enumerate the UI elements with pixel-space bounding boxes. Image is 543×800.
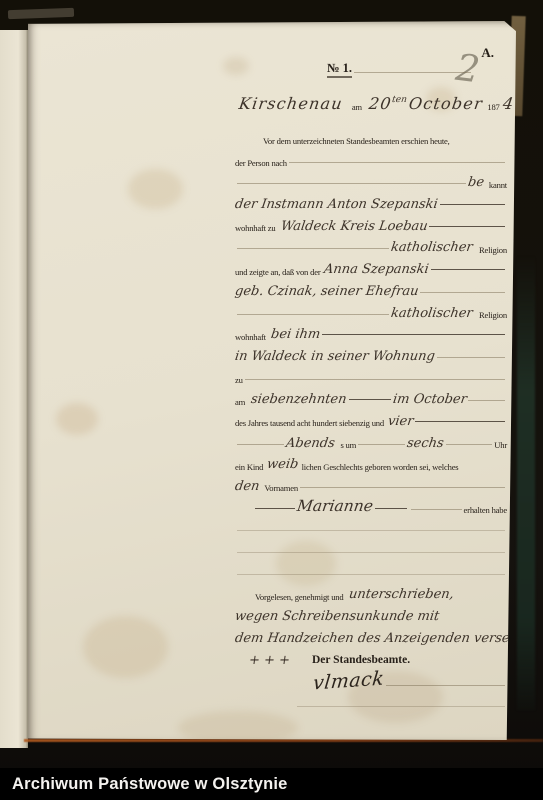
handwritten-text: be [467,176,485,189]
form-line: zu [235,366,507,388]
ink-dash [349,398,391,400]
form-rule-line [411,508,462,510]
book-cover-edge [517,255,535,710]
spacer [473,77,507,78]
form-rule-line [354,71,471,73]
form-rule-line [420,291,505,293]
form-line: wohnhaft zuWaldeck Kreis Loebau [235,214,507,236]
form-rule-line [437,356,505,358]
printed-form-text: Vornamen [264,484,298,493]
ink-dash [255,507,295,509]
archive-name: Archiwum Państwowe w Olsztynie [12,775,288,794]
form-line: wohnhaftbei ihm [235,323,507,345]
printed-form-text: Vor dem unterzeichneten Standesbeamten e… [263,137,450,146]
form-rule-line [297,705,505,707]
printed-form-text: wohnhaft [235,333,266,342]
form-rule-line [358,443,405,445]
ink-dash [431,268,505,270]
form-rule-line [237,573,505,575]
page-stain [128,169,183,209]
form-line: dem Handzeichen des Anzeigenden versehen [235,626,507,648]
form-line [235,561,507,583]
handwritten-text: unterschrieben, [349,588,456,601]
form-rule-line [237,529,505,531]
form-line: Vorgelesen, genehmigt undunterschrieben, [235,583,507,605]
document-page: A. 2 № 1.Kirschenauam20tenOctober1874.Vo… [28,21,516,740]
form-line [235,694,507,716]
handwritten-text: Waldeck Kreis Loebau [280,220,428,233]
spacer [343,111,352,112]
handwritten-text: bei ihm [270,328,321,341]
form-rule-line [237,182,466,184]
handwritten-text: katholischer [390,241,473,254]
form-line: wegen Schreibensunkunde mit [235,604,507,626]
ink-dash [415,420,505,422]
handwritten-text: geb. Czinak, seiner Ehefrau [234,285,419,298]
form-line: Abendss umsechsUhr [235,431,507,453]
handwritten-text: dem Handzeichen des Anzeigenden versehen [234,632,535,645]
printed-form-text: Religion [479,311,507,320]
printed-form-text: kannt [489,181,507,190]
spacer [235,690,313,691]
printed-bold-text: № 1. [327,62,352,79]
form-line: amsiebenzehntenim October [235,388,507,410]
form-rule-line [237,551,505,553]
form-rule-line [237,247,389,249]
spacer [235,514,253,515]
form-rule-line [386,684,505,686]
handwritten-text: der Instmann Anton Szepanski [234,198,438,211]
printed-form-text: s um [340,441,356,450]
form-line: vlmack [235,670,507,694]
handwritten-text: Abends [285,437,336,450]
form-rule-line [245,378,505,380]
page-stain [56,403,98,435]
form-rule-line [289,161,505,163]
handwritten-header-text: Kirschenau [238,96,344,112]
form-line: in Waldeck in seiner Wohnung [235,344,507,366]
printed-form-text: und zeigte an, daß von der [235,268,320,277]
printed-form-text: am [235,398,245,407]
archive-caption-bar: Archiwum Państwowe w Olsztynie [0,768,543,800]
form-line: der Instmann Anton Szepanski [235,192,507,214]
form-content: № 1.Kirschenauam20tenOctober1874.Vor dem… [235,21,507,715]
form-line: katholischerReligion [235,236,507,258]
form-line: Marianneerhalten habe [235,496,507,518]
form-rule-line [237,443,284,445]
page-stain [83,616,168,678]
handwritten-text: Anna Szepanski [324,263,430,276]
ink-dash [375,507,407,509]
printed-form-text: am [352,103,362,112]
handwritten-text: vier [387,415,414,428]
spacer [290,666,312,667]
printed-form-text: zu [235,376,243,385]
book-edge [8,8,74,19]
printed-form-text: Vorgelesen, genehmigt und [255,593,343,602]
spacer [235,711,295,712]
handwritten-text: weib [266,458,299,471]
form-line: + + +Der Standesbeamte. [235,648,507,670]
form-line: № 1. [235,55,507,81]
form-line [235,518,507,540]
printed-form-text: 187 [487,103,499,112]
form-line: ein Kindweiblichen Geschlechts geboren w… [235,453,507,475]
spacer [235,77,327,78]
form-rule-line [300,486,505,488]
handwritten-text: sechs [406,437,445,450]
handwritten-text: im October [392,393,468,406]
form-rule-line [468,399,505,401]
handwritten-text: + + + [248,654,291,667]
form-line [235,539,507,561]
photo-background: A. 2 № 1.Kirschenauam20tenOctober1874.Vo… [0,0,543,800]
printed-form-text: lichen Geschlechts geboren worden sei, w… [302,463,459,472]
ink-dash [322,333,505,335]
form-line: Kirschenauam20tenOctober1874. [235,81,507,115]
printed-form-text: wohnhaft zu [235,224,276,233]
form-line: denVornamen [235,474,507,496]
printed-form-text: des Jahres tausend acht hundert siebenzi… [235,419,384,428]
handwritten-text: katholischer [390,307,473,320]
printed-form-text: erhalten habe [464,506,507,515]
handwritten-text: den [234,480,260,493]
left-page-edge [0,30,28,748]
form-line: katholischerReligion [235,301,507,323]
printed-form-text: der Person nach [235,159,287,168]
handwritten-text: wegen Schreibensunkunde mit [234,610,440,623]
printed-form-text: Religion [479,246,507,255]
form-line: der Person nach [235,149,507,171]
form-line: Vor dem unterzeichneten Standesbeamten e… [235,115,507,149]
handwritten-header-text: 20 [368,96,393,112]
form-line: geb. Czinak, seiner Ehefrau [235,279,507,301]
printed-bold-text: Der Standesbeamte. [312,655,410,667]
printed-form-text: ein Kind [235,463,263,472]
form-lines: № 1.Kirschenauam20tenOctober1874.Vor dem… [235,55,507,715]
handwritten-text: Marianne [296,499,374,515]
ink-dash [440,203,505,205]
form-line: und zeigte an, daß von derAnna Szepanski [235,257,507,279]
ink-dash [429,225,505,227]
form-rule-line [446,443,493,445]
form-line: des Jahres tausend acht hundert siebenzi… [235,409,507,431]
form-rule-line [237,313,389,315]
official-signature: vlmack [312,669,385,693]
handwritten-superscript: ten [391,96,407,105]
handwritten-header-text: October [408,96,484,112]
handwritten-text: in Waldeck in seiner Wohnung [234,350,436,363]
handwritten-text: siebenzehnten [250,393,347,406]
form-line: bekannt [235,171,507,193]
printed-form-text: Uhr [494,441,507,450]
